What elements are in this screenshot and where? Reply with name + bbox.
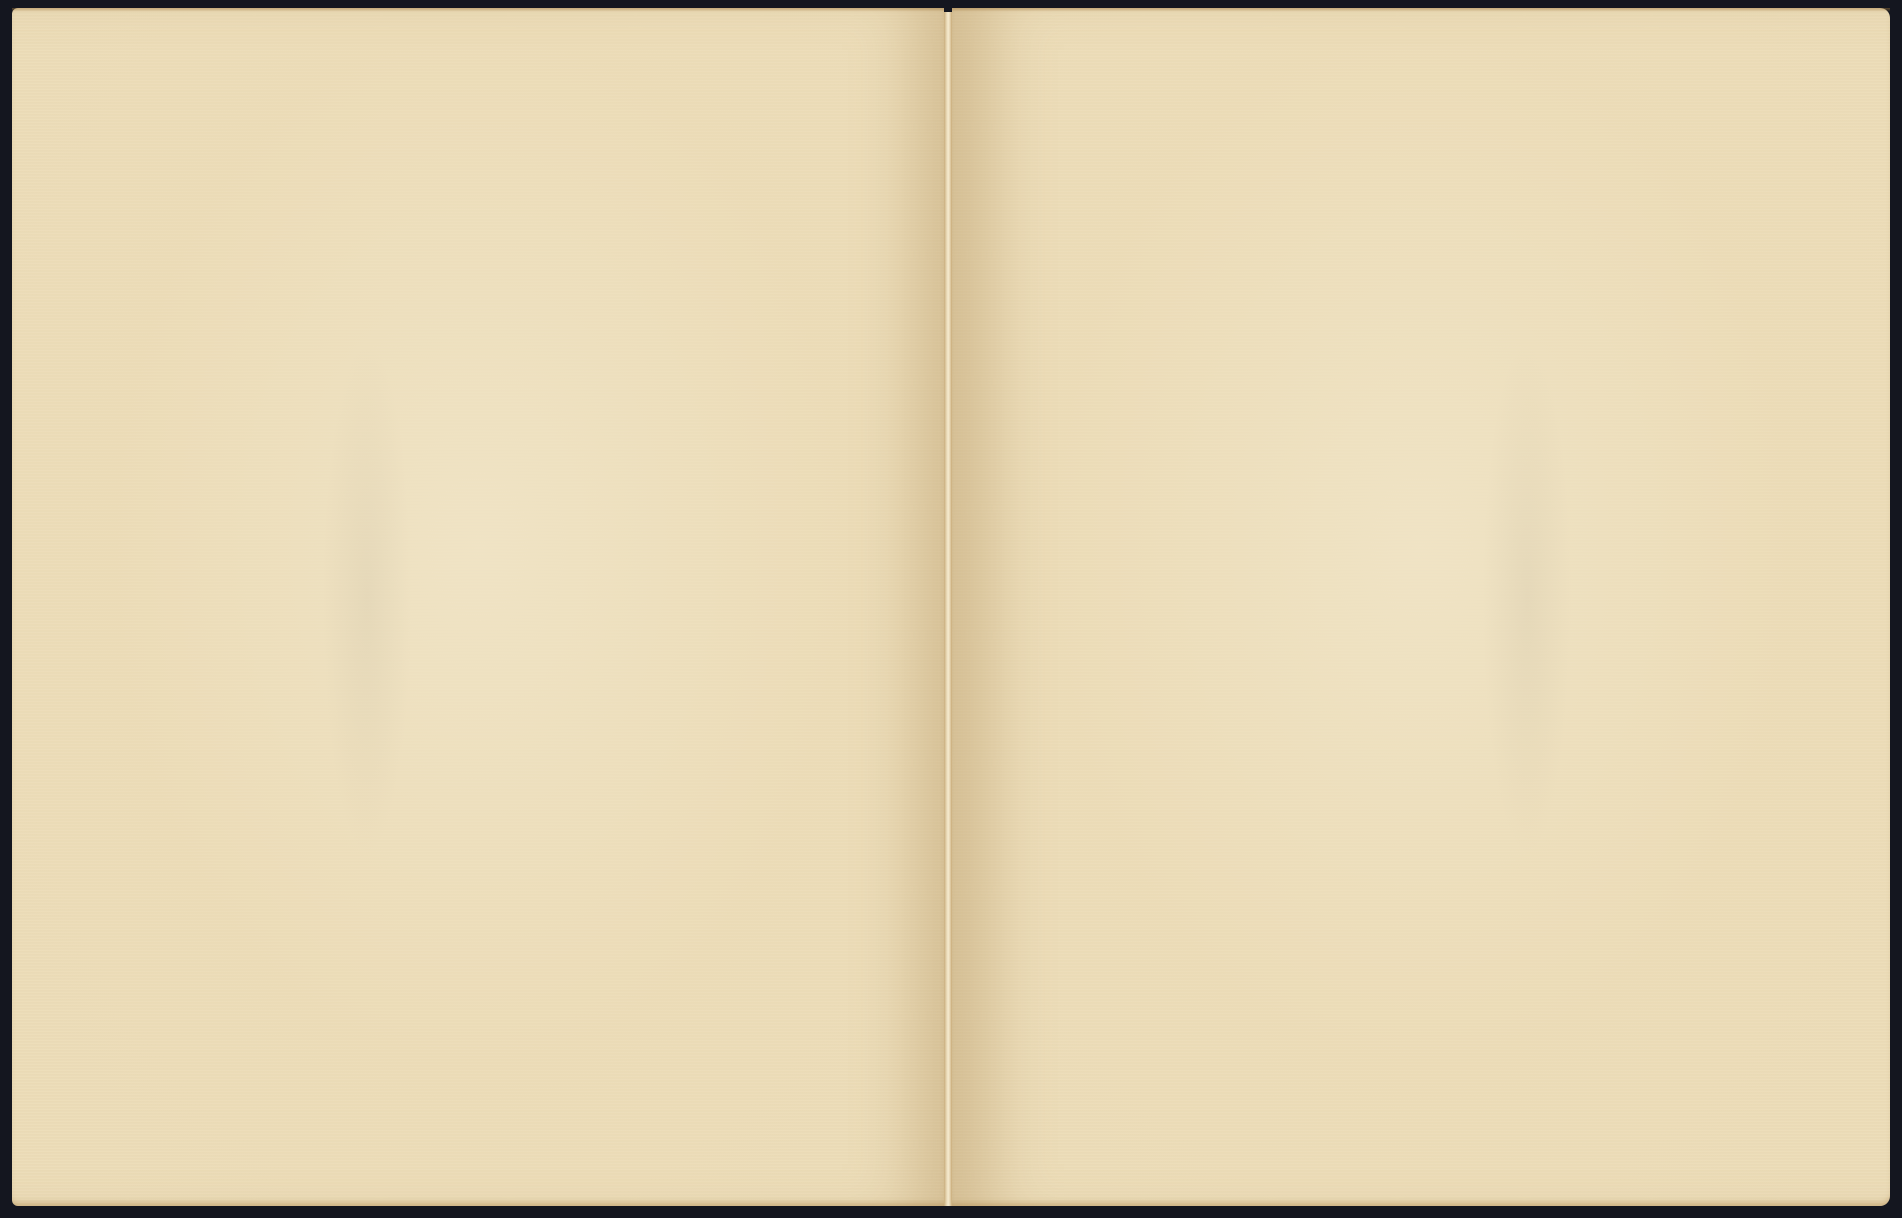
right-page-top-edge: [952, 8, 1890, 12]
open-book-spread: [12, 8, 1890, 1208]
book-gutter: [944, 12, 952, 1206]
right-page: [952, 8, 1890, 1206]
left-page-top-edge: [12, 8, 944, 12]
left-page-show-through-mark: [322, 338, 412, 858]
left-page: [12, 8, 944, 1206]
right-page-show-through-mark: [1482, 338, 1572, 858]
